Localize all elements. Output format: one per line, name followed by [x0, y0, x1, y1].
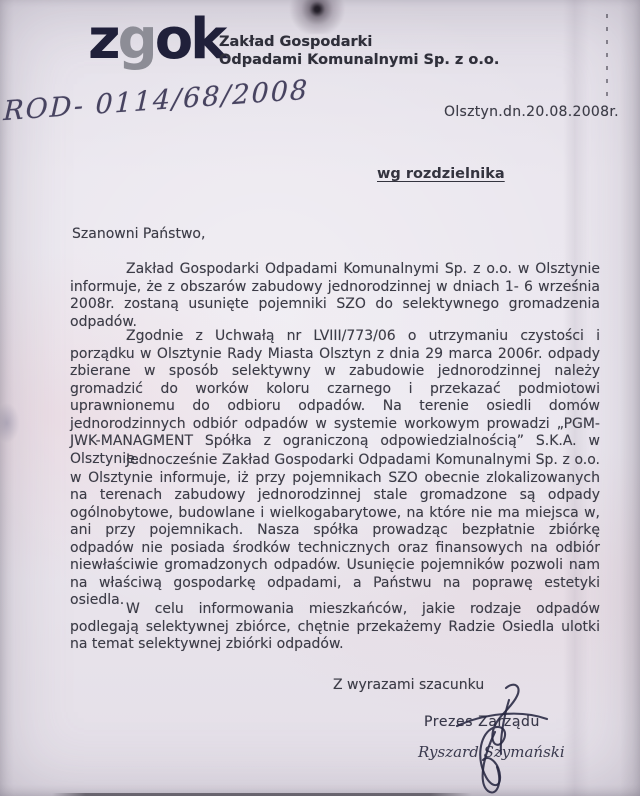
logo-letter: o — [155, 7, 190, 72]
logo-letter: g — [118, 7, 155, 72]
pushpin-shadow — [286, 0, 346, 34]
fold-dash-marks — [606, 14, 608, 96]
ink-smudge — [0, 396, 24, 450]
paragraph-3: Jednocześnie Zakład Gospodarki Odpadami … — [70, 452, 600, 610]
scanned-letter: zgok Zakład Gospodarki Odpadami Komunaln… — [0, 0, 640, 796]
handwritten-signature — [443, 680, 555, 795]
paragraph-1: Zakład Gospodarki Odpadami Komunalnymi S… — [70, 261, 600, 331]
company-name: Zakład Gospodarki Odpadami Komunalnymi S… — [219, 34, 499, 69]
handwritten-reference-number: ROD- 0114/68/2008 — [3, 75, 310, 128]
paragraph-2: Zgodnie z Uchwałą nr LVIII/773/06 o utrz… — [70, 328, 600, 468]
company-name-line1: Zakład Gospodarki — [219, 34, 499, 52]
date-line: Olsztyn.dn.20.08.2008r. — [444, 104, 619, 122]
company-name-line2: Odpadami Komunalnymi Sp. z o.o. — [219, 52, 499, 70]
paragraph-4: W celu informowania mieszkańców, jakie r… — [70, 601, 600, 654]
zgok-logo: zgok — [88, 10, 224, 70]
salutation: Szanowni Państwo, — [72, 226, 205, 244]
logo-letter: z — [88, 7, 118, 72]
distribution-heading: wg rozdzielnika — [377, 166, 505, 182]
